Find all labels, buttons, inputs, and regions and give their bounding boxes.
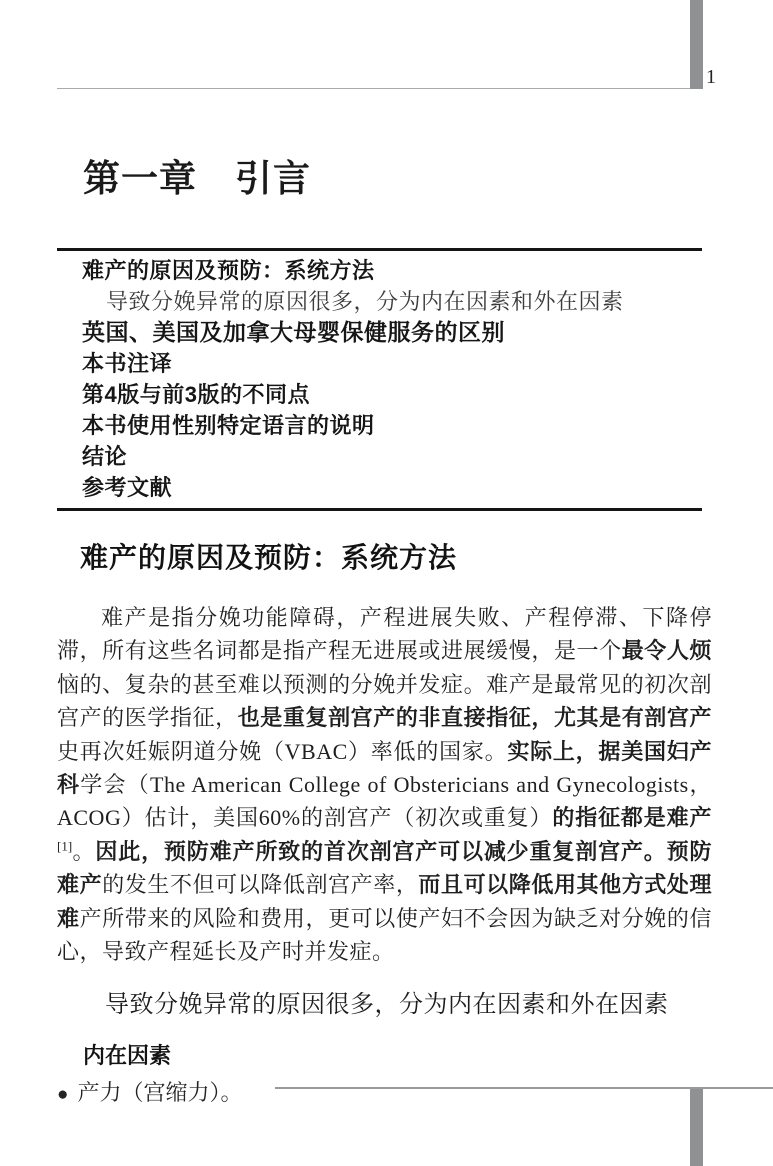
bottom-edge-gray-bar: [690, 1089, 703, 1166]
toc-item: 第4版与前3版的不同点: [82, 379, 702, 410]
sub-heading: 导致分娩异常的原因很多，分为内在因素和外在因素: [105, 990, 773, 1020]
toc-item: 难产的原因及预防：系统方法: [82, 255, 702, 286]
text-segment-bold: 的指征都是难产: [552, 805, 712, 830]
text-segment: 的发生不但可以降低剖宫产率，: [102, 872, 418, 897]
page-number: 1: [706, 66, 716, 88]
toc-item: 英国、美国及加拿大母婴保健服务的区别: [82, 317, 702, 348]
header-rule: [57, 88, 690, 89]
toc-item: 结论: [82, 441, 702, 472]
body-paragraph: 难产是指分娩功能障碍，产程进展失败、产程停滞、下降停滞，所有这些名词都是指产程无…: [57, 601, 712, 968]
toc-item: 本书注译: [82, 348, 702, 379]
reference-marker: [1]: [57, 839, 72, 854]
toc-subitem: 导致分娩异常的原因很多，分为内在因素和外在因素: [82, 286, 702, 317]
section-heading: 难产的原因及预防：系统方法: [80, 541, 773, 575]
text-segment: 。: [72, 839, 95, 864]
chapter-title: 第一章 引言: [0, 0, 773, 202]
text-segment: 产所带来的风险和费用，更可以使产妇不会因为缺乏对分娩的信心，导致产程延长及产时并…: [57, 906, 712, 964]
toc-item-references: 参考文献: [82, 472, 702, 503]
internal-factors-heading: 内在因素: [83, 1042, 773, 1070]
text-segment-bold: 也是重复剖宫产的非直接指征，尤其是有剖宫产: [238, 705, 712, 730]
bullet-item: ●产力（宫缩力）。: [57, 1078, 773, 1110]
bullet-text: 产力（宫缩力）。: [77, 1080, 242, 1105]
chapter-toc-box: 难产的原因及预防：系统方法 导致分娩异常的原因很多，分为内在因素和外在因素 英国…: [57, 248, 702, 511]
top-edge-gray-bar: [690, 0, 703, 89]
book-page: 1 第一章 引言 难产的原因及预防：系统方法 导致分娩异常的原因很多，分为内在因…: [0, 0, 773, 1166]
toc-item: 本书使用性别特定语言的说明: [82, 410, 702, 441]
text-segment: 史再次妊娠阴道分娩（VBAC）率低的国家。: [57, 739, 507, 764]
bullet-icon: ●: [57, 1084, 68, 1105]
text-segment: 难产是指分娩功能障碍，产程进展失败、产程停滞、下降停滞，所有这些名词都是指产程无…: [57, 605, 712, 663]
text-segment-bold: 最令人烦: [622, 638, 712, 663]
